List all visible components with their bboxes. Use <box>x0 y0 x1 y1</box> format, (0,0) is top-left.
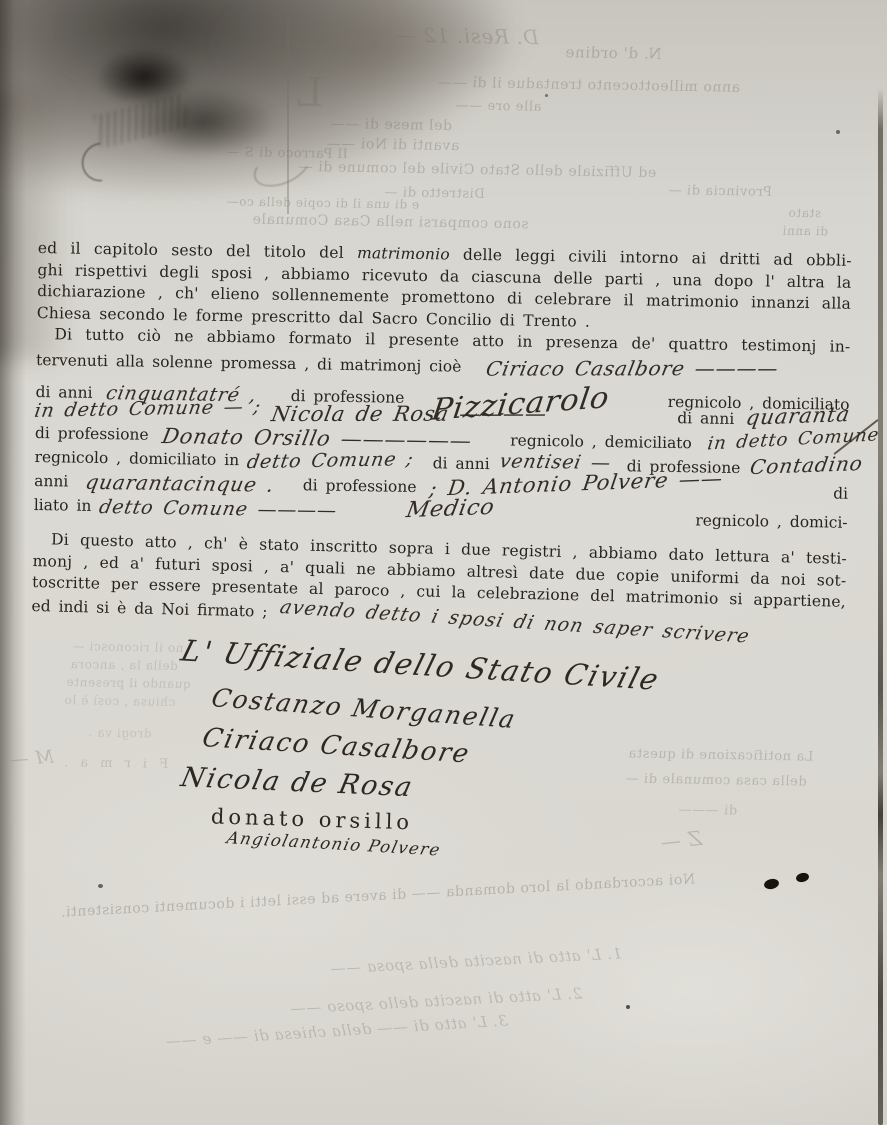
printed-italic: matrimonio <box>357 244 450 263</box>
binding-shadow <box>0 0 26 1125</box>
printed-text: di anni <box>433 454 490 473</box>
bleed-fragment: F i r m a . <box>60 755 169 772</box>
handwritten-entry: detto Comune ; <box>245 448 415 473</box>
handwritten-entry: detto Comune ———— <box>97 496 339 522</box>
printed-text: di <box>833 484 848 502</box>
bleed-scrawl: D. Resi. 12 — <box>395 23 539 50</box>
bleed-fragment: della casa comunale di — <box>625 771 807 789</box>
bleed-scrawl: M — <box>9 746 54 770</box>
bleed-fragment: della la , ancora <box>70 657 178 673</box>
printed-text: ed il capitolo sesto del titolo del <box>38 239 357 262</box>
ink-speck <box>545 94 548 97</box>
printed-text: anni <box>34 472 68 491</box>
page-right-edge <box>878 88 883 1125</box>
printed-text: di professione <box>303 476 417 496</box>
handwritten-entry: quarantacinque . <box>84 470 277 497</box>
bleed-line: alle ore —— <box>455 98 542 115</box>
bleed-line: del mese di —— <box>330 116 452 134</box>
closing-paragraph: Di questo atto , ch' è stato inscritto s… <box>31 529 847 636</box>
handwritten-entry: Nicola de Rosa ———— <box>269 402 549 426</box>
printed-text: ed indi si è da Noi firmato ; <box>31 597 267 621</box>
bleed-line: Provincia di — <box>668 183 772 200</box>
handwritten-entry: Contadino <box>748 451 864 479</box>
bleed-line: e di una il di copie della co— <box>226 194 419 211</box>
bleed-line: stato <box>788 206 821 221</box>
ink-speck <box>836 130 840 134</box>
printed-text: liato in <box>34 496 92 515</box>
bleed-list-line: 3. L' atto di —— della chiesa di —— e —— <box>165 1012 509 1051</box>
printed-text: delle leggi civili intorno ai dritti ad … <box>450 245 852 269</box>
printed-text: di professione <box>35 424 149 444</box>
ink-dot <box>763 878 780 891</box>
bleed-line: Noi accordando la loro domanda —— di ave… <box>60 871 696 920</box>
bleed-fragment: quando il presente <box>66 675 191 691</box>
bleed-fragment: chiusa , così è lo <box>64 693 176 709</box>
printed-text: di anni <box>677 409 734 428</box>
bleed-fragment: drogi va . <box>88 725 152 740</box>
ink-speck <box>98 884 103 888</box>
bleed-line: di anni <box>782 224 828 239</box>
document-page: D. Resi. 12 — N. d' ordine L anno milleo… <box>0 0 887 1125</box>
fold-crease <box>287 18 289 214</box>
bleed-fragment: no il riconosci — <box>72 639 184 655</box>
printed-text: regnicolo , domiciliato in <box>34 448 239 469</box>
handwritten-entry: Ciriaco Casalbore ———— <box>484 356 781 380</box>
handwritten-entry: Donato Orsillo —————— <box>160 424 474 453</box>
handwritten-entry: Medico <box>404 495 496 523</box>
bleed-line: N. d' ordine <box>565 43 662 63</box>
bleed-scrawl: Z — <box>659 826 703 854</box>
bleed-line: sono comparsi nella Casa Comunale <box>252 212 529 233</box>
printed-text: regnicolo , demiciliato <box>510 431 692 452</box>
bleed-list-line: 1. L' atto di nascita della sposa —— <box>330 944 623 977</box>
bleed-list-line: 2. L' atto di nascita dello sposo —— <box>290 984 583 1017</box>
bleed-fragment: La notificazione di questa <box>628 746 814 764</box>
bleed-fragment: di ——— <box>678 802 737 818</box>
ink-speck <box>626 1005 630 1009</box>
handwritten-entry: in detto Comune — ; <box>33 396 263 422</box>
binding-edge-line <box>6 0 11 1125</box>
printed-text: regnicolo , domici- <box>695 511 848 531</box>
